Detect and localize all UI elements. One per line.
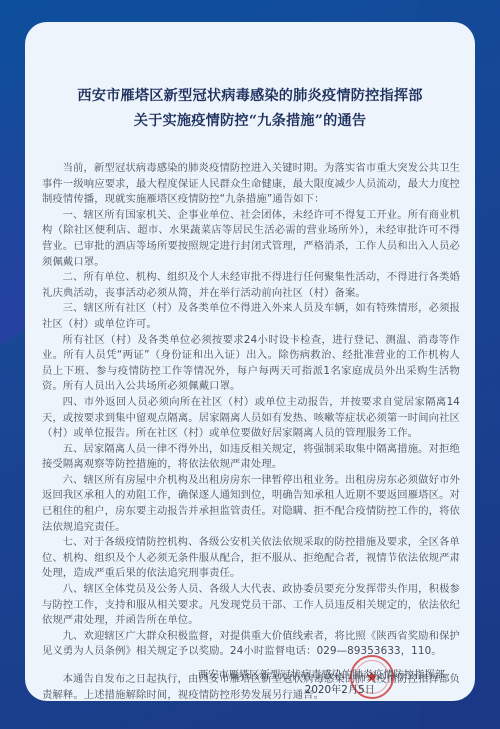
measure-9: 九、欢迎辖区广大群众积极监督，对提供重大价值线索者，将比照《陕西省奖励和保护见义… (42, 629, 460, 660)
measure-2: 二、所有单位、机构、组织及个人未经审批不得进行任何聚集性活动，不得进行各类婚礼庆… (42, 270, 460, 301)
measure-3: 三、辖区所有社区（村）及各类单位不得进入外来人员及车辆，如有特殊情形，必须报社区… (42, 301, 460, 332)
title-line-2: 关于实施疫情防控“九条措施”的通告 (25, 109, 475, 134)
notice-title: 西安市雁塔区新型冠状病毒感染的肺炎疫情防控指挥部 关于实施疫情防控“九条措施”的… (25, 84, 475, 134)
measure-7: 七、对于各级疫情防控机构、各级公安机关依法依规采取的防控措施及要求，全区各单位、… (42, 535, 460, 582)
notice-body: 当前，新型冠状病毒感染的肺炎疫情防控进入关键时期。为落实省市重大突发公共卫生事件… (42, 161, 460, 703)
title-line-1: 西安市雁塔区新型冠状病毒感染的肺炎疫情防控指挥部 (25, 84, 475, 109)
measure-6: 六、辖区所有房屋中介机构及出租房房东一律暂停出租业务。出租房房东必须做好市外返回… (42, 473, 460, 535)
measure-5: 五、居家隔离人员一律不得外出，如违反相关规定，将强制采取集中隔离措施。对拒绝接受… (42, 442, 460, 473)
signature-organization: 西安市雁塔区新型冠状病毒感染的肺炎疫情防控指挥部 (25, 668, 445, 683)
intro-paragraph: 当前，新型冠状病毒感染的肺炎疫情防控进入关键时期。为落实省市重大突发公共卫生事件… (42, 161, 460, 208)
measure-8: 八、辖区全体党员及公务人员、各级人大代表、政协委员要充分发挥带头作用，积极参与防… (42, 582, 460, 629)
measure-4: 四、市外返回人员必须向所在社区（村）或单位主动报告，并按要求自觉居家隔离14天，… (42, 395, 460, 442)
signature-block: 西安市雁塔区新型冠状病毒感染的肺炎疫情防控指挥部 2020年2月5日 (25, 668, 445, 698)
measure-1: 一、辖区所有国家机关、企事业单位、社会团体，未经许可不得复工开业。所有商业机构（… (42, 208, 460, 270)
notice-card: 西安市雁塔区新型冠状病毒感染的肺炎疫情防控指挥部 关于实施疫情防控“九条措施”的… (25, 22, 475, 701)
signature-date: 2020年2月5日 (25, 683, 445, 698)
measure-3-detail: 所有社区（村）及各类单位必须按要求24小时设卡检查，进行登记、测温、消毒等作业。… (42, 333, 460, 395)
